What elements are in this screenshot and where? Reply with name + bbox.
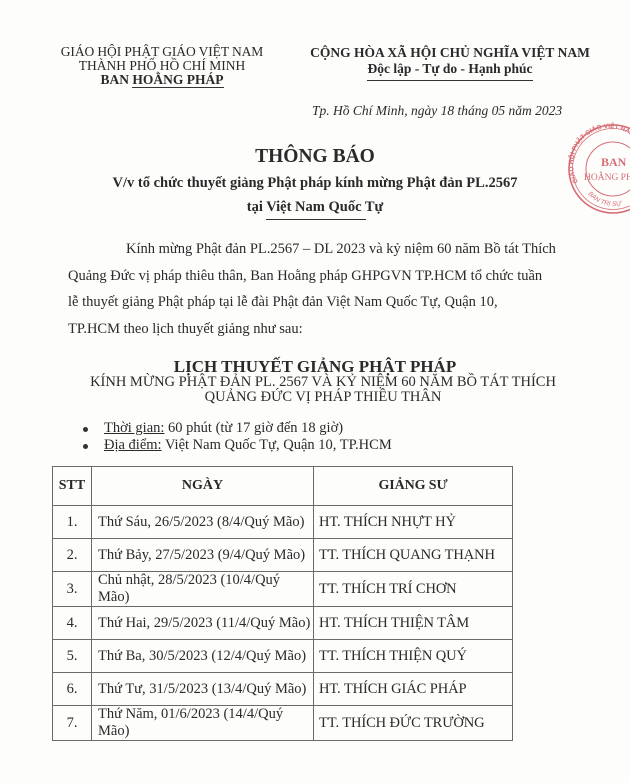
cell-speaker: TT. THÍCH TRÍ CHƠN: [314, 572, 513, 607]
schedule-details: Thời gian: 60 phút (từ 17 giờ đến 18 giờ…: [82, 420, 392, 454]
cell-stt: 1.: [53, 506, 92, 539]
org-line-2: THÀNH PHỐ HỒ CHÍ MINH: [52, 59, 272, 73]
cell-date: Thứ Tư, 31/5/2023 (13/4/Quý Mão): [92, 673, 314, 706]
cell-date: Thứ Bảy, 27/5/2023 (9/4/Quý Mão): [92, 539, 314, 572]
detail-location: Địa điểm: Việt Nam Quốc Tự, Quận 10, TP.…: [82, 437, 392, 454]
cell-date: Thứ Ba, 30/5/2023 (12/4/Quý Mão): [92, 640, 314, 673]
nation-name: CỘNG HÒA XÃ HỘI CHỦ NGHĨA VIỆT NAM: [290, 45, 610, 61]
document-title: THÔNG BÁO: [0, 146, 630, 168]
cell-stt: 6.: [53, 673, 92, 706]
col-header-stt: STT: [53, 467, 92, 506]
table-header-row: STT NGÀY GIẢNG SƯ: [53, 467, 513, 506]
table-row: 3.Chủ nhật, 28/5/2023 (10/4/Quý Mão)TT. …: [53, 572, 513, 607]
subject-line-1: V/v tổ chức thuyết giảng Phật pháp kính …: [0, 175, 630, 192]
cell-speaker: TT. THÍCH ĐỨC TRƯỜNG: [314, 706, 513, 741]
cell-stt: 7.: [53, 706, 92, 741]
body-line: Kính mừng Phật đản PL.2567 – DL 2023 và …: [126, 241, 556, 257]
schedule-table: STT NGÀY GIẢNG SƯ 1.Thứ Sáu, 26/5/2023 (…: [52, 466, 513, 741]
org-line-1: GIÁO HỘI PHẬT GIÁO VIỆT NAM: [52, 45, 272, 59]
subject-line-2: tại Việt Nam Quốc Tự: [0, 199, 630, 216]
bullet-icon: [83, 444, 88, 449]
col-header-date: NGÀY: [92, 467, 314, 506]
table-row: 1.Thứ Sáu, 26/5/2023 (8/4/Quý Mão)HT. TH…: [53, 506, 513, 539]
cell-date: Thứ Sáu, 26/5/2023 (8/4/Quý Mão): [92, 506, 314, 539]
subject-underline: [266, 219, 366, 220]
detail-label: Địa điểm:: [104, 437, 162, 453]
cell-date: Chủ nhật, 28/5/2023 (10/4/Quý Mão): [92, 572, 314, 607]
cell-speaker: TT. THÍCH THIỆN QUÝ: [314, 640, 513, 673]
dept-prefix: BAN: [100, 72, 132, 87]
cell-stt: 5.: [53, 640, 92, 673]
cell-speaker: HT. THÍCH THIỆN TÂM: [314, 607, 513, 640]
table-row: 4.Thứ Hai, 29/5/2023 (11/4/Quý Mão)HT. T…: [53, 607, 513, 640]
national-header: CỘNG HÒA XÃ HỘI CHỦ NGHĨA VIỆT NAM Độc l…: [290, 45, 610, 81]
body-line: lễ thuyết giảng Phật pháp tại lễ đài Phậ…: [68, 289, 608, 316]
dept-name: HOẰNG PHÁP: [132, 72, 223, 88]
body-paragraph: Kính mừng Phật đản PL.2567 – DL 2023 và …: [68, 236, 608, 342]
cell-speaker: TT. THÍCH QUANG THẠNH: [314, 539, 513, 572]
table-row: 7.Thứ Năm, 01/6/2023 (14/4/Quý Mão)TT. T…: [53, 706, 513, 741]
detail-value: 60 phút (từ 17 giờ đến 18 giờ): [164, 420, 343, 436]
schedule-subtitle-2: QUẢNG ĐỨC VỊ PHÁP THIÊU THÂN: [0, 389, 630, 406]
cell-stt: 2.: [53, 539, 92, 572]
cell-speaker: HT. THÍCH GIÁC PHÁP: [314, 673, 513, 706]
body-line: Quảng Đức vị pháp thiêu thân, Ban Hoằng …: [68, 263, 608, 290]
date-line: Tp. Hồ Chí Minh, ngày 18 tháng 05 năm 20…: [312, 103, 562, 119]
cell-stt: 4.: [53, 607, 92, 640]
cell-date: Thứ Hai, 29/5/2023 (11/4/Quý Mão): [92, 607, 314, 640]
detail-label: Thời gian:: [104, 420, 164, 436]
cell-stt: 3.: [53, 572, 92, 607]
bullet-icon: [83, 427, 88, 432]
cell-speaker: HT. THÍCH NHỰT HỶ: [314, 506, 513, 539]
body-line: TP.HCM theo lịch thuyết giảng như sau:: [68, 316, 608, 343]
cell-date: Thứ Năm, 01/6/2023 (14/4/Quý Mão): [92, 706, 314, 741]
table-row: 6.Thứ Tư, 31/5/2023 (13/4/Quý Mão)HT. TH…: [53, 673, 513, 706]
national-motto: Độc lập - Tự do - Hạnh phúc: [367, 61, 532, 81]
table-row: 5.Thứ Ba, 30/5/2023 (12/4/Quý Mão)TT. TH…: [53, 640, 513, 673]
detail-value: Việt Nam Quốc Tự, Quận 10, TP.HCM: [162, 437, 392, 453]
detail-time: Thời gian: 60 phút (từ 17 giờ đến 18 giờ…: [82, 420, 392, 437]
department-name: BAN HOẰNG PHÁP: [52, 73, 272, 87]
issuing-organization: GIÁO HỘI PHẬT GIÁO VIỆT NAM THÀNH PHỐ HỒ…: [52, 45, 272, 87]
col-header-speaker: GIẢNG SƯ: [314, 467, 513, 506]
table-row: 2.Thứ Bảy, 27/5/2023 (9/4/Quý Mão)TT. TH…: [53, 539, 513, 572]
